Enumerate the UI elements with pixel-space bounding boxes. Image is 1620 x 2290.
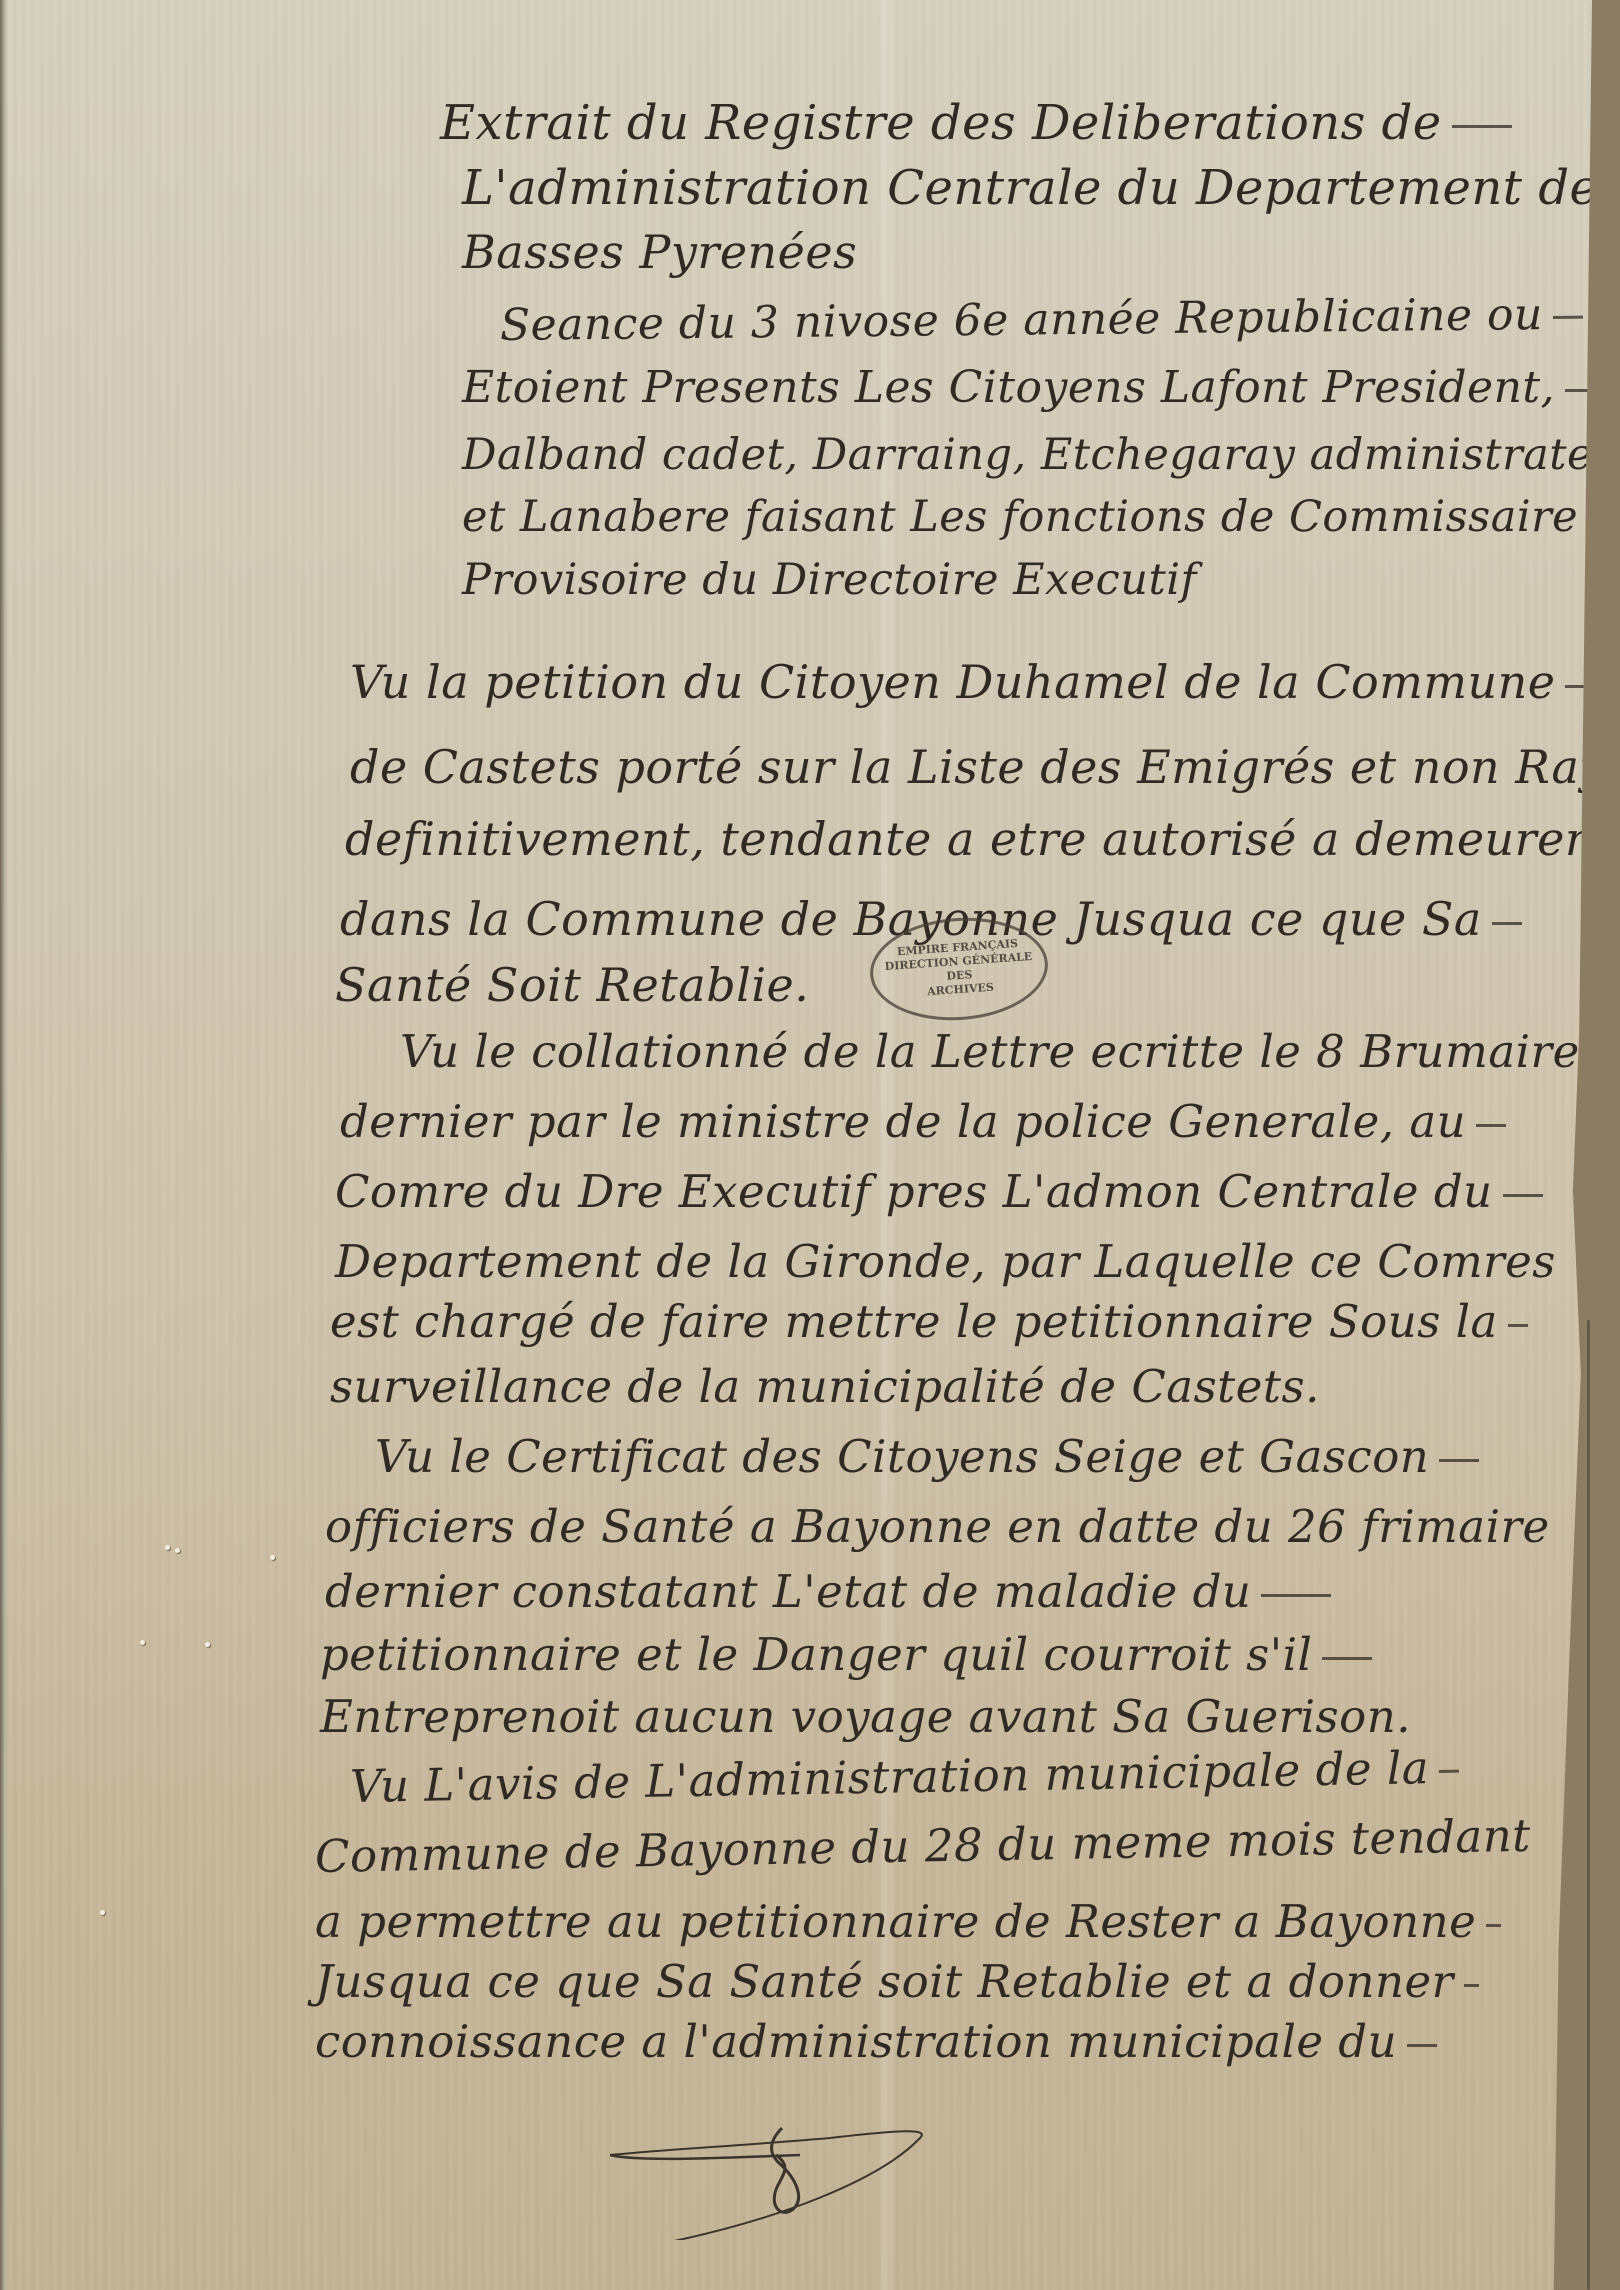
paragraph-1-line-3: definitivement, tendante a etre autorisé… — [345, 812, 1587, 866]
session-line-2: Etoient Presents Les Citoyens Lafont Pre… — [462, 362, 1595, 413]
line-filler-dash — [1439, 1459, 1479, 1462]
session-line-3: Dalband cadet, Darraing, Etchegaray admi… — [462, 430, 1620, 480]
paragraph-3-line-1: Vu le Certificat des Citoyens Seige et G… — [375, 1430, 1479, 1483]
line-filler-dash — [1486, 1924, 1501, 1927]
page-left-edge — [0, 0, 8, 2290]
heading-line-3: Basses Pyrenées — [462, 225, 857, 279]
paragraph-4-line-2: Commune de Bayonne du 28 du meme mois te… — [315, 1809, 1532, 1883]
paragraph-2-line-4: Departement de la Gironde, par Laquelle … — [335, 1235, 1556, 1288]
manuscript-page: Extrait du Registre des Deliberations de… — [0, 0, 1592, 2290]
line-filler-dash — [1476, 1124, 1506, 1127]
line-filler-dash — [1322, 1657, 1372, 1660]
line-filler-dash — [1553, 316, 1583, 319]
paragraph-2-line-5: est chargé de faire mettre le petitionna… — [330, 1295, 1528, 1348]
pinhole — [175, 1548, 180, 1553]
line-filler-dash — [1261, 1594, 1331, 1597]
paragraph-4-line-4: Jusqua ce que Sa Santé soit Retablie et … — [315, 1955, 1479, 2008]
paragraph-2-line-1: Vu le collationné de la Lettre ecritte l… — [400, 1025, 1580, 1078]
paragraph-3-line-2: officiers de Santé a Bayonne en datte du… — [325, 1500, 1550, 1553]
pinhole — [165, 1545, 170, 1550]
line-filler-dash — [1439, 1770, 1459, 1773]
line-filler-dash — [1508, 1324, 1528, 1327]
session-line-4: et Lanabere faisant Les fonctions de Com… — [462, 492, 1578, 542]
page-right-edge — [1587, 1320, 1590, 2290]
paragraph-2-line-3: Comre du Dre Executif pres L'admon Centr… — [335, 1165, 1543, 1218]
paragraph-3-line-4: petitionnaire et le Danger quil courroit… — [320, 1628, 1372, 1681]
line-filler-dash — [1503, 1194, 1543, 1197]
paragraph-4-line-3: a permettre au petitionnaire de Rester a… — [315, 1895, 1501, 1948]
line-filler-dash — [1452, 125, 1512, 128]
paragraph-3-line-5: Entreprenoit aucun voyage avant Sa Gueri… — [320, 1690, 1411, 1743]
paragraph-1-line-5: Santé Soit Retablie. — [335, 958, 809, 1012]
pinhole — [100, 1910, 105, 1915]
signature-paraph — [600, 2110, 960, 2240]
heading-line-1: Extrait du Registre des Deliberations de — [440, 95, 1512, 151]
pinhole — [205, 1642, 210, 1647]
paragraph-1-line-2: de Castets porté sur la Liste des Emigré… — [350, 740, 1620, 794]
line-filler-dash — [1464, 1984, 1479, 1987]
line-filler-dash — [1407, 2044, 1437, 2047]
session-line-5: Provisoire du Directoire Executif — [462, 555, 1197, 605]
paragraph-4-line-1: Vu L'avis de L'administration municipale… — [350, 1741, 1460, 1813]
heading-line-2: L'administration Centrale du Departement… — [462, 160, 1620, 216]
paragraph-1-line-1: Vu la petition du Citoyen Duhamel de la … — [350, 655, 1585, 709]
pinhole — [270, 1555, 275, 1560]
pinhole — [140, 1640, 145, 1645]
paragraph-4-line-5: connoissance a l'administration municipa… — [315, 2015, 1437, 2068]
paragraph-2-line-6: surveillance de la municipalité de Caste… — [330, 1360, 1320, 1413]
session-line-1: Seance du 3 nivose 6e année Republicaine… — [500, 289, 1583, 351]
line-filler-dash — [1565, 389, 1595, 392]
paragraph-2-line-2: dernier par le ministre de la police Gen… — [340, 1095, 1506, 1148]
paragraph-3-line-3: dernier constatant L'etat de maladie du — [325, 1565, 1331, 1618]
line-filler-dash — [1492, 922, 1522, 925]
line-filler-dash — [1565, 685, 1585, 688]
